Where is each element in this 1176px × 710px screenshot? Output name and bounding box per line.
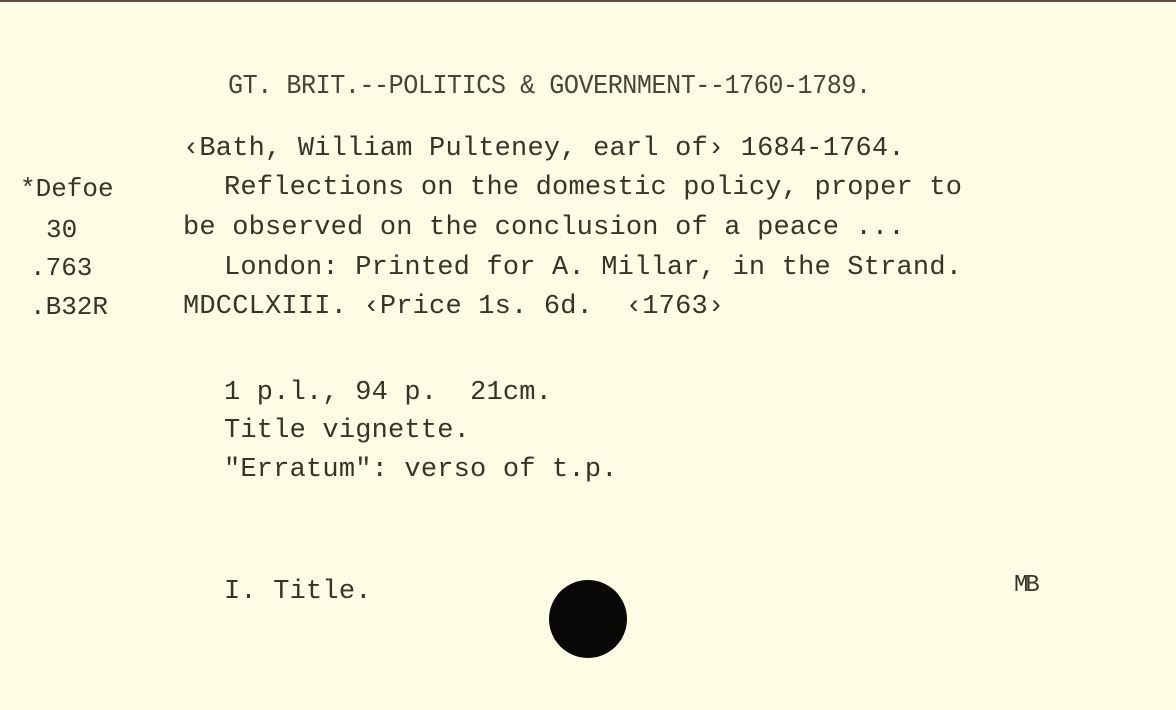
call-number-line-4: .B32R xyxy=(30,292,108,322)
call-number-line-1: *Defoe xyxy=(20,174,114,204)
imprint-date-price: MDCCLXIII. ‹Price 1s. 6d. ‹1763› xyxy=(183,292,724,322)
collation: 1 p.l., 94 p. 21cm. xyxy=(224,378,552,408)
tracing: I. Title. xyxy=(224,577,372,607)
title-line-1: Reflections on the domestic policy, prop… xyxy=(224,173,962,203)
imprint-line: London: Printed for A. Millar, in the St… xyxy=(224,253,962,283)
call-number-line-3: .763 xyxy=(30,253,92,283)
call-number-line-2: 30 xyxy=(46,215,77,245)
note-1: Title vignette. xyxy=(224,416,470,446)
card-top-edge xyxy=(0,0,1176,2)
subject-heading: GT. BRIT.--POLITICS & GOVERNMENT--1760-1… xyxy=(228,72,871,102)
location-code: MB xyxy=(1014,572,1037,599)
punch-hole xyxy=(549,580,627,658)
author-entry: ‹Bath, William Pulteney, earl of› 1684-1… xyxy=(183,134,905,164)
title-line-2: be observed on the conclusion of a peace… xyxy=(183,213,905,243)
note-2: "Erratum": verso of t.p. xyxy=(224,455,618,485)
